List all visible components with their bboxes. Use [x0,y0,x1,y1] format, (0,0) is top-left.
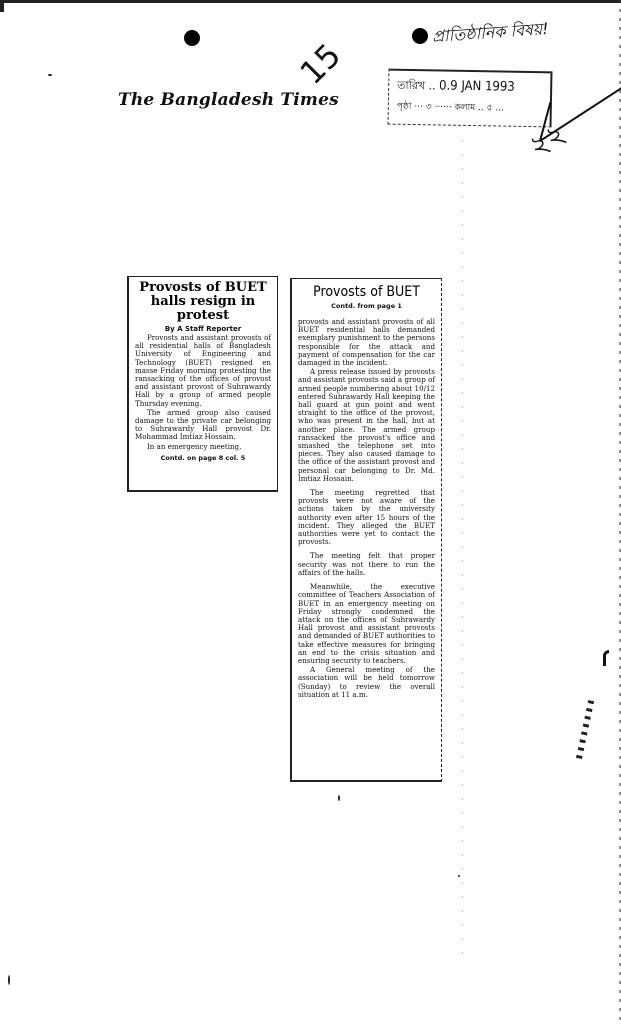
scan-speck [338,795,340,801]
stamp-page-row: পৃষ্ঠা ··· ৩ ······ কলাম .. ৫ ... [397,99,504,116]
article-paragraph: A General meeting of the association wil… [298,666,435,699]
scan-top-edge [0,0,621,3]
article-byline: By A Staff Reporter [135,325,271,333]
stamp-date-value: 0.9 JAN 1993 [439,78,515,94]
article-paragraph: Meanwhile, the executive committee of Te… [298,583,435,665]
stamp-date-label: তারিখ [397,79,425,92]
continued-from-note: Contd. from page 1 [298,302,435,310]
scan-speck [458,875,460,877]
article-paragraph: In an emergency meeting, [135,443,271,451]
fold-line [462,140,463,960]
punch-hole-right [412,28,428,44]
scan-speck [48,74,52,76]
margin-pen-mark [603,650,609,666]
article-paragraph: The meeting felt that proper security wa… [298,552,435,577]
stamp-page-value: ৩ [426,102,432,112]
article-headline: Provosts of BUET [298,285,435,299]
scan-corner-mark [0,0,4,12]
stamp-date-row: তারিখ .. 0.9 JAN 1993 [397,77,515,98]
article-clipping-front-page: Provosts of BUET halls resign in protest… [127,276,278,492]
article-headline: Provosts of BUET halls resign in protest [135,281,271,323]
punch-hole-left [184,30,200,46]
margin-dotted-mark [576,700,594,760]
handwritten-page-number: 15 [293,36,349,92]
handwritten-note: প্রাতিষ্ঠানিক বিষয়! [431,16,549,51]
article-clipping-continuation: Provosts of BUET Contd. from page 1 prov… [290,278,442,782]
continuation-note: Contd. on page 8 col. 5 [135,454,271,462]
article-paragraph: provosts and assistant provosts of all B… [298,318,435,367]
article-paragraph: A press release issued by provosts and a… [298,368,435,483]
scan-speck [8,975,10,985]
stamp-page-label: পৃষ্ঠা [397,102,412,112]
stamp-column-label: কলাম [454,103,475,113]
newspaper-masthead: The Bangladesh Times [118,90,339,110]
stamp-column-value: ৫ [487,103,493,113]
article-paragraph: The armed group also caused damage to th… [135,409,271,442]
article-paragraph: The meeting regretted that provosts were… [298,489,435,546]
article-body: Provosts and assistant provosts of all r… [135,334,271,451]
article-body: provosts and assistant provosts of all B… [298,318,435,699]
archive-stamp: তারিখ .. 0.9 JAN 1993 পৃষ্ঠা ··· ৩ ·····… [388,69,553,128]
article-paragraph: Provosts and assistant provosts of all r… [135,334,271,408]
